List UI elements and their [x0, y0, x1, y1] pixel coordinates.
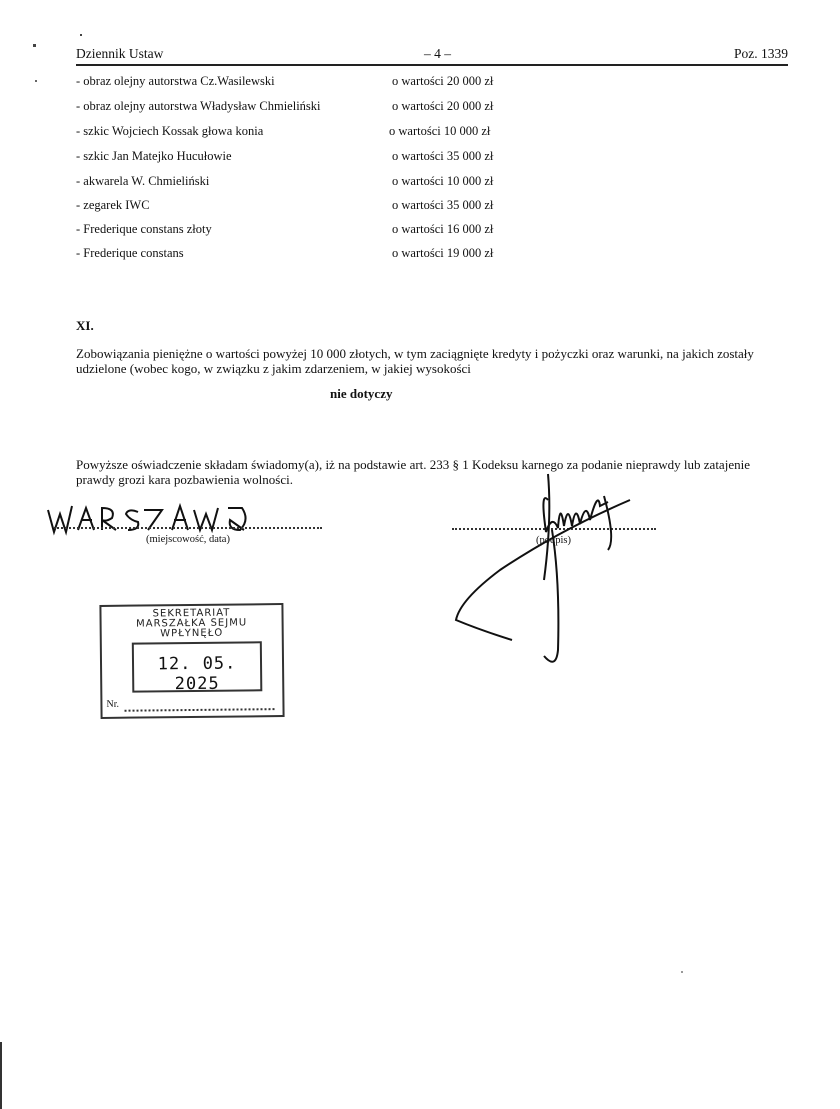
- stamp-line-3: WPŁYNĘŁO: [102, 627, 282, 640]
- scan-mark: [681, 971, 683, 973]
- list-item: - szkic Wojciech Kossak głowa konia o wa…: [76, 124, 263, 139]
- scan-mark: [35, 80, 37, 82]
- item-label: - szkic Jan Matejko Hucułowie: [76, 149, 232, 163]
- list-item: - obraz olejny autorstwa Władysław Chmie…: [76, 99, 321, 114]
- list-item: - akwarela W. Chmieliński o wartości 10 …: [76, 174, 209, 189]
- declaration-text: Powyższe oświadczenie składam świadomy(a…: [76, 457, 788, 487]
- section-answer: nie dotyczy: [330, 386, 392, 402]
- scan-mark: [33, 44, 36, 47]
- place-date-caption: (miejscowość, data): [146, 534, 230, 545]
- page-number: – 4 –: [424, 46, 451, 62]
- reception-stamp: SEKRETARIAT MARSZAŁKA SEJMU WPŁYNĘŁO 12.…: [99, 603, 284, 719]
- scan-edge-line: [0, 1042, 2, 1109]
- item-value: o wartości 35 000 zł: [392, 149, 493, 164]
- stamp-nr-label: Nr.: [106, 699, 119, 710]
- signature-icon: [440, 460, 680, 680]
- list-item: - szkic Jan Matejko Hucułowie o wartości…: [76, 149, 232, 164]
- list-item: - Frederique constans złoty o wartości 1…: [76, 222, 212, 237]
- stamp-date: 12. 05. 2025: [134, 653, 260, 694]
- stamp-date-box: 12. 05. 2025: [132, 641, 263, 692]
- item-value: o wartości 20 000 zł: [392, 99, 493, 114]
- journal-title: Dziennik Ustaw: [76, 46, 163, 62]
- stamp-nr-field: [125, 708, 275, 712]
- section-text: Zobowiązania pieniężne o wartości powyże…: [76, 346, 788, 376]
- item-label: - obraz olejny autorstwa Władysław Chmie…: [76, 99, 321, 113]
- item-value: o wartości 20 000 zł: [392, 74, 493, 89]
- item-label: - obraz olejny autorstwa Cz.Wasilewski: [76, 74, 275, 88]
- item-value: o wartości 19 000 zł: [392, 246, 493, 261]
- item-label: - akwarela W. Chmieliński: [76, 174, 209, 188]
- list-item: - zegarek IWC o wartości 35 000 zł: [76, 198, 150, 213]
- item-label: - zegarek IWC: [76, 198, 150, 212]
- item-label: - Frederique constans złoty: [76, 222, 212, 236]
- place-date-field: [54, 527, 322, 529]
- section-number: XI.: [76, 318, 94, 334]
- item-label: - Frederique constans: [76, 246, 184, 260]
- item-value: o wartości 10 000 zł: [389, 124, 490, 139]
- item-value: o wartości 35 000 zł: [392, 198, 493, 213]
- item-value: o wartości 16 000 zł: [392, 222, 493, 237]
- item-value: o wartości 10 000 zł: [392, 174, 493, 189]
- list-item: - Frederique constans o wartości 19 000 …: [76, 246, 184, 261]
- page-header: Dziennik Ustaw – 4 – Poz. 1339: [76, 44, 788, 66]
- handwritten-place-icon: [44, 500, 264, 536]
- list-item: - obraz olejny autorstwa Cz.Wasilewski o…: [76, 74, 275, 89]
- scan-mark: [80, 34, 82, 36]
- position-number: Poz. 1339: [734, 46, 788, 62]
- item-label: - szkic Wojciech Kossak głowa konia: [76, 124, 263, 138]
